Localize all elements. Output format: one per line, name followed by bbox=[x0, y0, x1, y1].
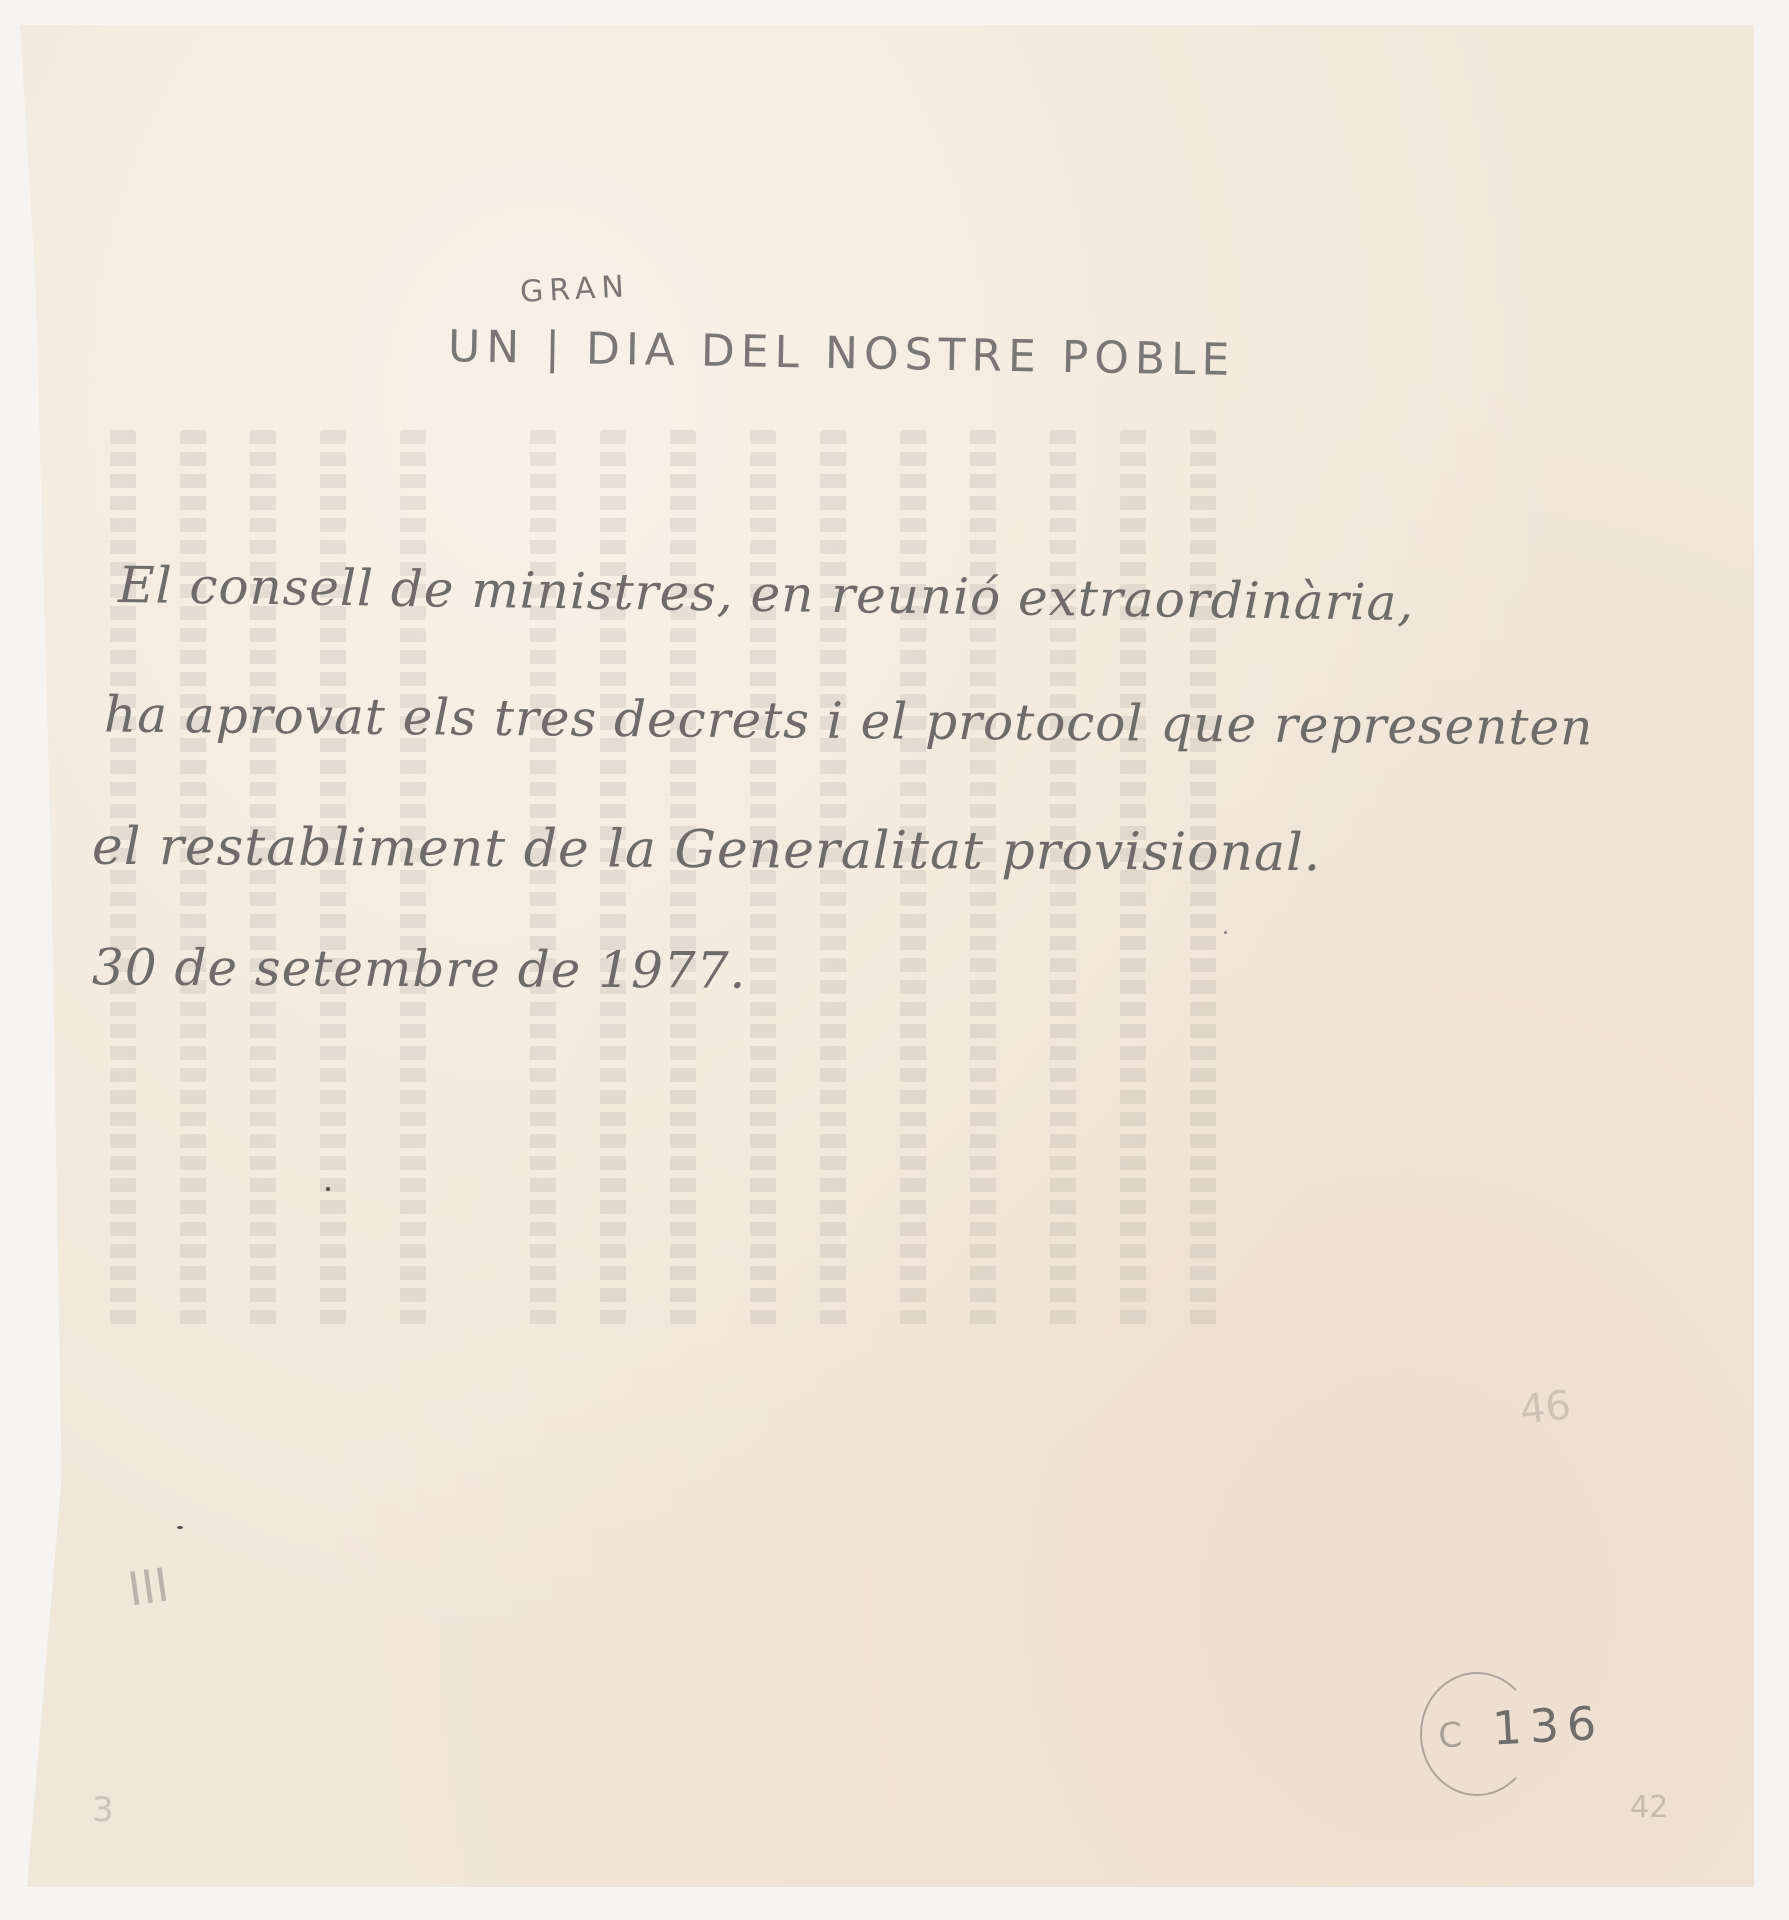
page-number-value: 136 bbox=[1491, 1696, 1605, 1756]
page-number-prefix: C bbox=[1437, 1715, 1471, 1757]
page-number: C 136 bbox=[1437, 1696, 1606, 1759]
margin-mark-middle-right: 46 bbox=[1518, 1382, 1573, 1433]
title-insertion: GRAN bbox=[519, 269, 631, 310]
paper-speck bbox=[326, 1187, 330, 1191]
date-line: 30 de setembre de 1977. bbox=[92, 938, 747, 999]
body-line-3: el restabliment de la Generalitat provis… bbox=[92, 817, 1322, 883]
paper-speck bbox=[1224, 931, 1227, 934]
margin-mark-bottom-right: 42 bbox=[1630, 1790, 1668, 1825]
paper-speck bbox=[177, 1526, 183, 1529]
margin-mark-bottom-left: 3 bbox=[92, 1790, 114, 1830]
margin-mark-left: III bbox=[124, 1557, 172, 1616]
